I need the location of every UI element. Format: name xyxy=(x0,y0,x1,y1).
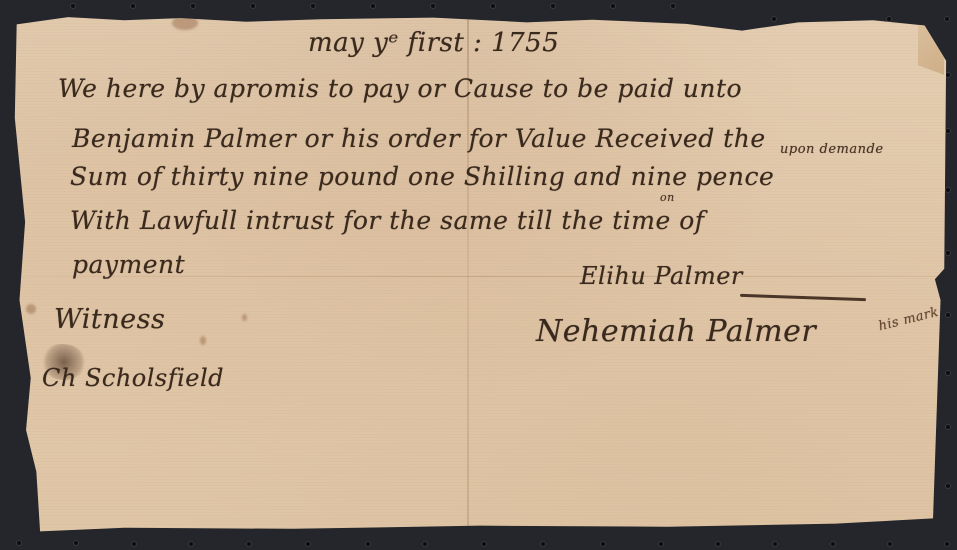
body-line-4: With Lawfull intrust for the same till t… xyxy=(70,206,705,235)
paper-stain xyxy=(26,304,36,314)
document-viewer: may yᵉ first : 1755 We here by apromis t… xyxy=(0,0,957,550)
paper-stain xyxy=(172,16,198,30)
interlinear-upon-demand: upon demande xyxy=(780,142,884,157)
body-line-2: Benjamin Palmer or his order for Value R… xyxy=(72,124,766,153)
paper-sheet: may yᵉ first : 1755 We here by apromis t… xyxy=(12,14,948,534)
interlinear-on: on xyxy=(660,191,675,204)
signature-elihu-palmer: Elihu Palmer xyxy=(580,262,743,290)
witness-name: Ch Scholsfield xyxy=(42,364,224,392)
body-line-3: Sum of thirty nine pound one Shilling an… xyxy=(70,162,774,191)
folded-corner xyxy=(918,21,944,74)
date-line: may yᵉ first : 1755 xyxy=(308,28,559,58)
signature-underline xyxy=(740,294,866,301)
signature-mark: his mark xyxy=(877,305,940,334)
signature-nehemiah-palmer: Nehemiah Palmer xyxy=(536,314,816,349)
paper-stain xyxy=(242,314,247,321)
paper-stain xyxy=(200,336,206,345)
body-line-5: payment xyxy=(72,250,185,279)
witness-label: Witness xyxy=(54,304,165,335)
body-line-1: We here by apromis to pay or Cause to be… xyxy=(58,74,742,103)
